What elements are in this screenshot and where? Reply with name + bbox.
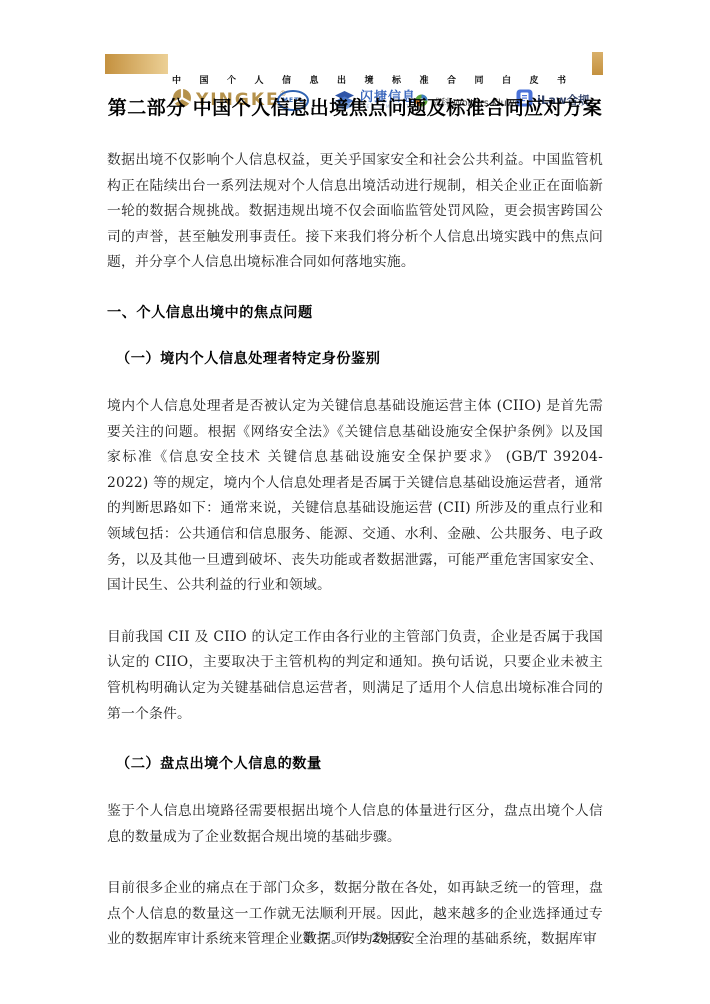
paragraph-intro: 数据出境不仅影响个人信息权益，更关乎国家安全和社会公共利益。中国监管机构正在陆续… [107, 148, 603, 276]
section-heading-1: 一、个人信息出境中的焦点问题 [107, 302, 603, 322]
paragraph-ciio-determination: 目前我国 CII 及 CIIO 的认定工作由各行业的主管部门负责，企业是否属于我… [107, 625, 603, 727]
header-banner-text: 中国个人信息出境标准合同白皮书 [172, 73, 582, 86]
document-body: 数据出境不仅影响个人信息权益，更关乎国家安全和社会公共利益。中国监管机构正在陆续… [107, 148, 603, 979]
subsection-heading-1-1: （一）境内个人信息处理者特定身份鉴别 [116, 348, 603, 368]
page-number: 第 7 页 共 29 页 [0, 928, 710, 946]
subsection-heading-1-2: （二）盘点出境个人信息的数量 [116, 753, 603, 773]
document-page: YINGKE ® METL 闪捷信息 SECSMART [0, 0, 710, 1004]
paragraph-ciio-criteria: 境内个人信息处理者是否被认定为关键信息基础设施运营主体 (CIIO) 是首先需要… [107, 394, 603, 599]
header-logos: YINGKE ® METL 闪捷信息 SECSMART [0, 42, 710, 72]
page-title: 第二部分 中国个人信息出境焦点问题及标准合同应对方案 [0, 93, 710, 120]
paragraph-volume-basis: 鉴于个人信息出境路径需要根据出境个人信息的体量进行区分，盘点出境个人信息的数量成… [107, 799, 603, 850]
